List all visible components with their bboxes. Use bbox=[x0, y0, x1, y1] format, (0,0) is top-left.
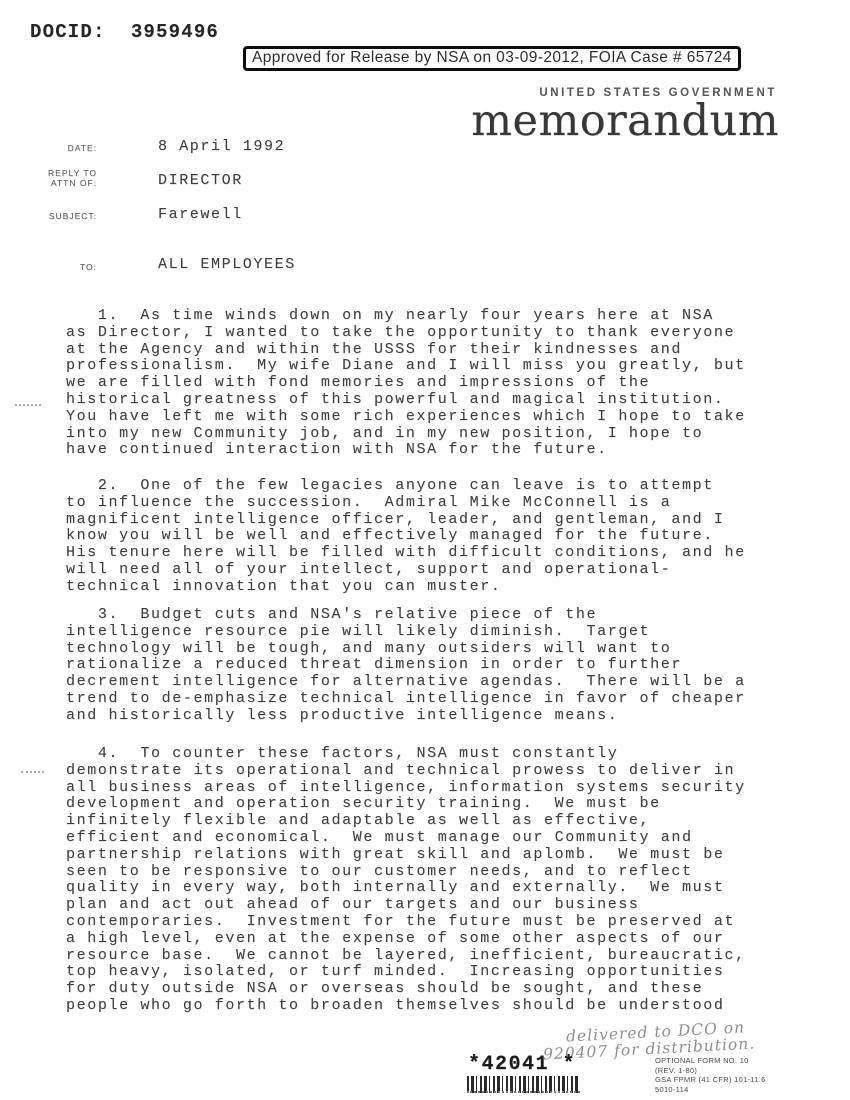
margin-scan-mark bbox=[21, 771, 44, 773]
body-paragraph-3: 3. Budget cuts and NSA's relative piece … bbox=[66, 607, 778, 725]
stamp-number: *42041 * bbox=[468, 1053, 576, 1076]
body-paragraph-1: 1. As time winds down on my nearly four … bbox=[66, 308, 778, 459]
reply-to-value: DIRECTOR bbox=[158, 172, 243, 189]
to-value: ALL EMPLOYEES bbox=[158, 256, 296, 273]
to-label: TO: bbox=[27, 262, 97, 272]
date-value: 8 April 1992 bbox=[158, 138, 285, 155]
reply-to-attn-of-label: REPLY TO ATTN OF: bbox=[27, 168, 97, 188]
memorandum-title: memorandum bbox=[471, 100, 779, 143]
subject-label: SUBJECT: bbox=[27, 211, 97, 221]
date-label: DATE: bbox=[27, 143, 97, 153]
margin-scan-mark bbox=[15, 404, 41, 406]
body-paragraph-2: 2. One of the few legacies anyone can le… bbox=[66, 478, 778, 596]
subject-value: Farewell bbox=[158, 206, 243, 223]
foia-release-banner: Approved for Release by NSA on 03-09-201… bbox=[243, 46, 741, 71]
optional-form-notice: OPTIONAL FORM NO. 10 (REV. 1-80) GSA FPM… bbox=[655, 1056, 766, 1094]
scanned-memo-page: DOCID: 3959496 Approved for Release by N… bbox=[0, 0, 850, 1100]
barcode bbox=[467, 1076, 580, 1093]
docid-label: DOCID: 3959496 bbox=[30, 21, 219, 43]
body-paragraph-4: 4. To counter these factors, NSA must co… bbox=[66, 746, 778, 1015]
